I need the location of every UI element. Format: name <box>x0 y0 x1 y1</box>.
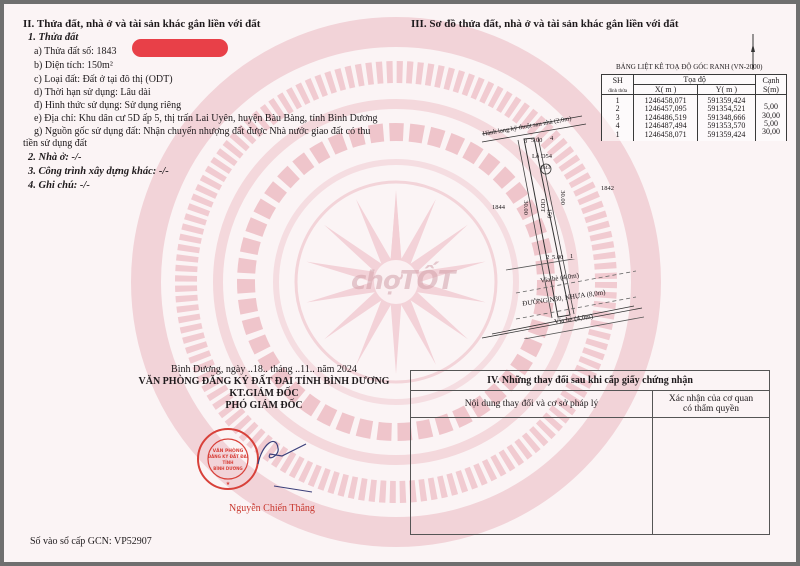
note-field: 4. Ghi chú: -/- <box>28 180 90 191</box>
top-edge-label: 5.00 <box>531 137 542 144</box>
svg-text:VĂN PHÒNG: VĂN PHÒNG <box>213 447 244 454</box>
change-content-cell <box>411 418 653 535</box>
parcel-area: b) Diện tích: 150m² <box>34 60 113 71</box>
land-type: c) Loại đất: Đất ở tại đô thị (ODT) <box>34 74 173 85</box>
col-change-content: Nội dung thay đổi và cơ sở pháp lý <box>411 391 653 418</box>
issuing-office: VĂN PHÒNG ĐĂNG KÝ ĐẤT ĐAI TỈNH BÌNH DƯƠN… <box>124 376 404 387</box>
col-edge: CạnhS(m) <box>755 75 786 95</box>
right-edge-label: 30.00 <box>559 190 566 205</box>
col-x: X( m ) <box>634 85 697 95</box>
col-y: Y( m ) <box>697 85 755 95</box>
parcel-heading: 1. Thửa đất <box>28 32 78 43</box>
coord-table-title: BẢNG LIỆT KÊ TOẠ ĐỘ GÓC RANH (VN-2000) <box>616 63 762 71</box>
svg-text:BÌNH DƯƠNG: BÌNH DƯƠNG <box>213 466 242 471</box>
neighbor-right: 1842 <box>601 185 614 192</box>
house-field: 2. Nhà ở: -/- <box>28 152 81 163</box>
neighbor-left: 1844 <box>492 204 505 211</box>
issue-date: Bình Dương, ngày ..18.. tháng ..11.. năm… <box>124 364 404 375</box>
authority-confirmation-cell <box>653 418 770 535</box>
left-edge-label: 30.00 <box>522 200 529 215</box>
address: e) Địa chỉ: Khu dân cư 5D ấp 5, thị trấn… <box>34 113 378 124</box>
lot-number-circle: 1843 <box>540 166 550 171</box>
svg-text:★: ★ <box>226 481 231 487</box>
parcel-area-label: 150 <box>545 209 552 219</box>
section2-title: II. Thửa đất, nhà ở và tài sản khác gắn … <box>23 18 260 30</box>
redaction-mark <box>132 39 228 57</box>
registry-number: Số vào sổ cấp GCN: VP52907 <box>30 536 152 547</box>
other-works-field: 3. Công trình xây dựng khác: -/- <box>28 166 169 177</box>
changes-table: IV. Những thay đổi sau khi cấp giấy chứn… <box>410 370 770 535</box>
parcel-number: a) Thửa đất số: 1843 <box>34 46 116 57</box>
role-line-1: KT.GIÁM ĐỐC <box>124 388 404 399</box>
signature-scribble <box>256 434 316 494</box>
signer-name: Nguyễn Chiến Thắng <box>229 503 315 514</box>
col-sh: SHđỉnh thửa <box>602 75 634 95</box>
svg-text:ĐĂNG KÝ ĐẤT ĐAI: ĐĂNG KÝ ĐẤT ĐAI <box>208 454 249 459</box>
svg-text:TỈNH: TỈNH <box>223 460 234 465</box>
role-line-2: PHÓ GIÁM ĐỐC <box>124 400 404 411</box>
land-origin-cont: tiền sử dụng đất <box>23 138 87 149</box>
usage-term: d) Thời hạn sử dụng: Lâu dài <box>34 87 151 98</box>
certificate-page: chợTỐT II. Thửa đất, nhà ở và tài sản kh… <box>4 4 796 562</box>
usage-form: đ) Hình thức sử dụng: Sử dụng riêng <box>34 100 181 111</box>
vertex-4-label: 4 <box>550 135 553 142</box>
official-stamp-icon: VĂN PHÒNG ĐĂNG KÝ ĐẤT ĐAI TỈNH BÌNH DƯƠN… <box>196 427 260 491</box>
section4-title: IV. Những thay đổi sau khi cấp giấy chứn… <box>411 371 770 391</box>
watermark-logo: chợTỐT <box>351 266 454 296</box>
col-authority-confirmation: Xác nhận của cơ quan có thẩm quyền <box>653 391 770 418</box>
section3-title: III. Sơ đồ thửa đất, nhà ở và tài sản kh… <box>411 18 679 30</box>
col-coord: Tọa độ <box>634 75 756 85</box>
lot-label: Lô D54 <box>532 153 552 160</box>
vertex-3-label: 3 <box>524 138 527 145</box>
land-origin: g) Nguồn gốc sử dụng đất: Nhận chuyển nh… <box>34 126 370 137</box>
